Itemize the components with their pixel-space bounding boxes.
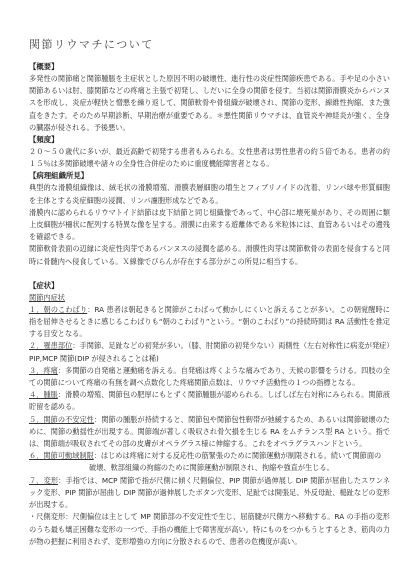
- section-heading-frequency: 【頻度】: [29, 134, 390, 146]
- symptom-item: １．朝のこわばり：RA 患者は朝起きると関節がこわばって動かしにくいと訴えること…: [29, 304, 390, 341]
- section-symptoms: 【症状】 関節内症状 １．朝のこわばり：RA 患者は朝起きると関節がこわばって動…: [29, 280, 390, 548]
- symptom-item-continuation: 破壊、軟部組織の拘縮のために関節運動が制限され、拘縮や強直が生じる。: [29, 462, 390, 474]
- symptom-item-label: ２．罹患部位: [29, 341, 72, 350]
- document-title: 関節リウマチについて: [29, 38, 390, 52]
- document-page: 関節リウマチについて 【概要】 多発性の関節痛と関節腫脹を主症状とした原因不明の…: [0, 0, 410, 580]
- subheading-intra-articular: 関節内症状: [29, 292, 390, 304]
- pathology-paragraph: 滑膜内に認められるリウマトイド結節は皮下結節と同じ組織像であって、中心部に壊死巣…: [29, 207, 390, 244]
- section-overview: 【概要】 多発性の関節痛と関節腫脹を主症状とした原因不明の破壊性、進行性の炎症性…: [29, 61, 390, 134]
- symptom-item-text: ：はじめは疼痛に対する反応性の筋緊張のために関節運動が制限される。続いて関節面の: [94, 451, 382, 460]
- pathology-paragraph: 関節軟骨表面の辺縁に炎症性肉芽であるパンヌスの浸潤を認める。滑膜性肉芽は関節軟骨…: [29, 243, 390, 267]
- section-heading-overview: 【概要】: [29, 61, 390, 73]
- symptom-item-text: ：滑膜の増殖、関節包の肥厚にもとずく関節腫脹が認められる。しばしば左右対称にみら…: [29, 390, 390, 411]
- symptom-item: ７．変形：手指では、MCP 関節で指が尺側に傾く尺側偏位、PIP 関節が過伸展し…: [29, 475, 390, 512]
- symptom-item-text: ：多関節の自発痛と運動痛を訴える。自発痛は疼くような痛みであり、天候の影響をうけ…: [29, 366, 390, 387]
- symptom-item-text: ：手指では、MCP 関節で指が尺側に傾く尺側偏位、PIP 関節が過伸展し DIP…: [29, 476, 390, 509]
- pathology-paragraph: 典型的な滑膜組織像は、絨毛状の滑膜増殖、滑膜表層細胞の増生とフィブリノイドの沈着…: [29, 182, 390, 206]
- blank-line: [29, 268, 390, 280]
- symptom-item: ４．腫脹：滑膜の増殖、関節包の肥厚にもとずく関節腫脹が認められる。しばしば左右対…: [29, 389, 390, 413]
- symptom-item-label: ３．疼痛: [29, 366, 58, 375]
- symptom-item-label: ６．関節可動域制限: [29, 451, 94, 460]
- symptom-item-label: ５．関節の不安定性: [29, 415, 94, 424]
- frequency-text: ２０～５０歳代に多いが、最近高齢で初発する患者もみられる。女性患者は男性患者の約…: [29, 146, 390, 170]
- symptom-item-text: ：手関節、足趾などの初発が多い。（膝、肘関節の初発少ない）両側性（左右対称性に病…: [29, 341, 390, 362]
- symptom-item: ３．疼痛：多関節の自発痛と運動痛を訴える。自発痛は疼くような痛みであり、天候の影…: [29, 365, 390, 389]
- section-pathology: 【病理組織所見】 典型的な滑膜組織像は、絨毛状の滑膜増殖、滑膜表層細胞の増生とフ…: [29, 170, 390, 267]
- section-heading-symptoms: 【症状】: [29, 280, 390, 292]
- symptom-item: ６．関節可動域制限：はじめは疼痛に対する反応性の筋緊張のために関節運動が制限され…: [29, 450, 390, 462]
- symptom-item-label: １．朝のこわばり: [29, 305, 87, 314]
- symptom-item: ２．罹患部位：手関節、足趾などの初発が多い。（膝、肘関節の初発少ない）両側性（左…: [29, 340, 390, 364]
- symptom-item: ５．関節の不安定性：関節の腫脹が持続すると、関節包や関節包性靭帯が弛緩するため、…: [29, 414, 390, 451]
- symptom-item-label: ４．腫脹: [29, 390, 58, 399]
- ulnar-deviation-note: ・尺側変形：尺側偏位は主として MP 関節部の不安定性で生じ、屈筋腱が尺側方へ移…: [29, 511, 390, 548]
- symptom-item-label: ７．変形: [29, 476, 58, 485]
- overview-text: 多発性の関節痛と関節腫脹を主症状とした原因不明の破壊性、進行性の炎症性関節疾患で…: [29, 73, 390, 134]
- section-frequency: 【頻度】 ２０～５０歳代に多いが、最近高齢で初発する患者もみられる。女性患者は男…: [29, 134, 390, 170]
- section-heading-pathology: 【病理組織所見】: [29, 170, 390, 182]
